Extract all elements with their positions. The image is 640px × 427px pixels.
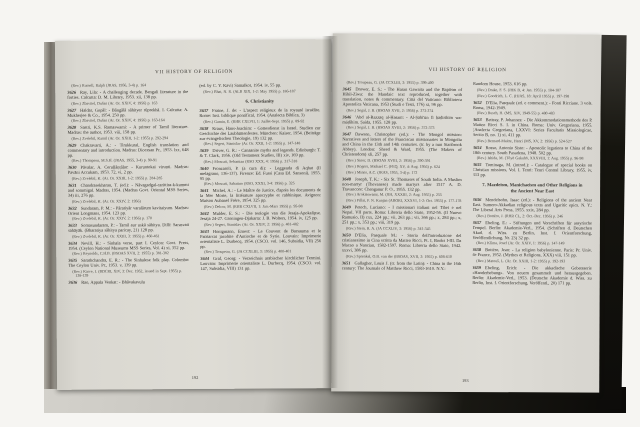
review-citation-line: (Rev.) Arokiaswami, M. (JIH, XXXIII, 2: … — [342, 193, 462, 198]
entry-number: 3652 — [473, 100, 486, 105]
text-column: (Rev.) Troupeau, G. (JA CCXLIII, 3: 1955… — [341, 80, 462, 377]
entry-number: 3639 — [200, 148, 213, 153]
entry-number: 3638 — [199, 125, 212, 130]
bibliography-entry: 3651Gallagher, Louis J. (tr. from the La… — [342, 260, 462, 271]
running-header: VII HISTORY OF RELIGION — [343, 67, 593, 73]
bibliography-entry: 3632Sundaram, P. M.: - Pāratiyār varalār… — [68, 205, 189, 216]
review-citation-line: (Rev.) Bottéro, J. (RHR CL, 2: Oct.-Dec.… — [472, 214, 592, 219]
entry-number: 3634 — [68, 240, 81, 245]
bibliography-entry: 3640Fronzaroli, P. (a cura di): - Leggen… — [200, 165, 321, 181]
entry-number: 3646 — [342, 114, 355, 119]
review-citation-line: (Rev.) Zvelebil, Kamil (Ar. Or. XXIII, 1… — [68, 136, 189, 141]
entry-number: 3631 — [68, 183, 81, 188]
entry-number: 3642 — [200, 211, 213, 216]
review-citation-line: (Rev.) Reynolds, C.H.B. (BSOAS XVII, 2: … — [68, 251, 189, 256]
review-citation-line: (Rev.) Zbavitel, Dušan (Ar. Or. XXIV, 4:… — [67, 118, 188, 123]
entry-number: 3655 — [473, 162, 486, 167]
review-citation-line: (Rev.) Karve, I. (BDCRI, XIV, 3: Dec. 19… — [68, 269, 189, 278]
review-citation-line: (Rev.) Bernard-Maitre, Henri (MS, XV, 2:… — [473, 139, 593, 144]
entry-number: 3645 — [343, 86, 356, 91]
review-citation-line: (Rev.) Ishida, M. (Tōyō Gakuhō, XXXVIII,… — [473, 156, 593, 161]
entry-number: 3644 — [200, 256, 213, 261]
review-citation-line: (Rev.) Pillai, P. N. Kunjan (ABORI, XXXV… — [342, 199, 462, 204]
entry-number: 3627 — [67, 107, 80, 112]
review-citation-line: (Rev.) Moscati, Sabatino (RSO, XXXI, 3-4… — [200, 182, 321, 187]
right-page: VII HISTORY OF RELIGION (Rev.) Troupeau,… — [331, 33, 601, 392]
review-citation-line: (Rev.) Zbavitel, Dušan (Ar. Or. XXIV, 4:… — [67, 101, 188, 106]
left-page-columns: (Rev.) Russell, Ralph (JRAS, 1956, 3-4) … — [67, 82, 323, 374]
left-page-content: VII HISTORY OF RELIGION (Rev.) Russell, … — [55, 39, 333, 390]
review-citation-line: (Rev.) Troupeau, G. (JA CCXLIII, 3: 1955… — [200, 249, 321, 254]
entry-number: 3651 — [342, 260, 355, 265]
entry-number: 3647 — [342, 132, 355, 137]
bibliography-entry: 3645Drower, E. S.: - The Haran Gawaita a… — [342, 86, 462, 107]
bibliography-entry: 3637Fraine, J. de: - L'aspect religieux … — [199, 107, 320, 118]
running-header: VII HISTORY OF RELIGION — [67, 69, 321, 76]
review-citation-line: (Rev.) Segal, J. B. (BSOAS XVIII, 2: 195… — [342, 126, 462, 131]
bibliography-entry: 3646'Abd al-Razzāq al-Ḥasanī: - Al-Ṣābi'… — [342, 114, 462, 125]
bibliography-entry: 3633Somasundaram, P.: - Tamil aur uskā s… — [68, 222, 189, 233]
entry-continuation: Random House, 1953. 616 pp. — [473, 81, 593, 87]
entry-continuation: (ed. by C. Y. Kavi) Samalkot, 1954. iv, … — [199, 82, 320, 88]
bibliography-entry: 3654Rosso, Antonio Sisto: - Apostolic le… — [473, 145, 593, 156]
entry-number: 3659 — [472, 265, 485, 270]
bibliography-entry: 3658Bottéro, Jean: - La religion babylon… — [472, 247, 592, 258]
bibliography-entry: 3650D'Elia, Pasquale M.: - Storia dell'i… — [342, 232, 462, 253]
bibliography-entry: 3635Sarathchandra, E. R.: - The Sinhales… — [68, 257, 189, 268]
bibliography-entry: 3649Petech, Luciano: - I missionari ital… — [342, 205, 462, 226]
bibliography-entry: 3629Chakravarti, A.: - Tirukkural, Engli… — [68, 142, 189, 158]
review-citation-line: (Rev.) Goodrich, L. C. (HJAS, 18: April … — [473, 94, 593, 99]
review-citation-line: (Rev.) Moscati, Sebastian (RSO XXX, 4: 1… — [200, 159, 321, 164]
page-number: 193 — [331, 377, 599, 383]
text-column: (ed. by C. Y. Kavi) Samalkot, 1954. iv, … — [199, 82, 322, 373]
scanned-book-photo: VII HISTORY OF RELIGION (Rev.) Russell, … — [0, 0, 640, 427]
bibliography-entry: 3627Haldar, Gopāl: - Bāngālā sāhityer rū… — [67, 107, 188, 118]
entry-number: 3635 — [68, 258, 81, 263]
entry-number: 3628 — [67, 125, 80, 130]
right-page-columns: (Rev.) Troupeau, G. (JA CCXLIII, 3: 1955… — [341, 80, 592, 377]
review-citation-line: (Rev.) Russell, Ralph (JRAS, 1956, 3-4) … — [67, 83, 188, 88]
review-citation-line: (Rev.) Sinor, D. (BSOAS XVIII, 2: 1956) … — [342, 158, 462, 163]
bibliography-entry: 3648Joseph, T. K.: - Six St. Thomases of… — [342, 176, 462, 192]
text-column: (Rev.) Russell, Ralph (JRAS, 1956, 3-4) … — [67, 83, 190, 374]
bibliography-entry: 3656Mendelsohn, Isaac (ed.): - Religions… — [473, 197, 593, 213]
entry-number: 3637 — [199, 108, 212, 113]
entry-number: 3626 — [67, 90, 80, 95]
bibliography-entry: 3659Ebeling, Erich: - Die akkadische Geb… — [472, 265, 592, 286]
entry-number: 3657 — [472, 220, 485, 225]
entry-number: 3643 — [200, 228, 213, 233]
entry-number: 3632 — [68, 205, 81, 210]
entry-number: 3649 — [342, 205, 355, 210]
review-citation-line: (Rev.) Segal, J. B. (BSOAS XVII, 2: 1956… — [342, 108, 462, 113]
bibliography-entry: 3626Ray, Lila: - A challenging decade. B… — [67, 89, 188, 100]
review-citation-line: (Rev.) Zvelebil, K. (Ar. Or. XXIII, 3: 1… — [68, 234, 189, 239]
review-citation-line: (Rev.) Gamin, E. (RHR CXLVII, 1: Juillet… — [199, 119, 320, 124]
review-citation-line: (Rev.) Klíma, Josef (Ar. Or. XXIV, 1: 19… — [472, 241, 592, 246]
review-citation-line: (Rev.) Segert, Stanislav (Ar. Or. XXIV, … — [200, 222, 321, 227]
bibliography-entry: 3639Driver, G. R.: - Canaanite myths and… — [200, 147, 321, 158]
bibliography-entry: 3655Tominaga, M. (introd.): - Catalogue … — [473, 162, 593, 178]
bibliography-entry: 3652D'Elia, Pasquale (ed. e comment.): -… — [473, 100, 593, 111]
review-citation-line: (Rev.) Drake, F. S. (JHK B, 4: Jan. 1955… — [473, 88, 593, 93]
section-heading: 6. Christianity — [207, 98, 312, 104]
bibliography-entry: 3657Ebeling, E.: - Stiftungen und Vorsch… — [472, 220, 592, 241]
entry-number: 3630 — [68, 165, 81, 170]
review-citation-line: (Rev.) Zvelebil, K. (Ar. Or. XXIV, 2: 19… — [68, 216, 189, 221]
review-citation-line: (Rev.) Zvelebil, K. (Ar. Or. XXIV, 2: 19… — [68, 199, 189, 204]
entry-number: 3654 — [473, 145, 486, 150]
section-heading: 7. Mazdeism, Manichaeism and Other Relig… — [481, 182, 585, 193]
review-citation-line: (Rev.) Matouš, L. (Ar. Or. XXIII, 1-2: 1… — [472, 259, 592, 264]
bibliography-entry: 3628Sastri, K.S. Ramaswami: - A primer o… — [67, 124, 188, 135]
entry-number: 3658 — [472, 247, 485, 252]
bibliography-entry: 3644Graf, Georg: - Verzeichnis arabische… — [200, 255, 321, 271]
bibliography-entry: 3641Michel, A.: - Le Maître de Justice, … — [200, 188, 321, 204]
bibliography-entry: 3631Chandrasekharan, T. (ed.): - Nāvagad… — [68, 182, 189, 198]
entry-number: 3629 — [68, 142, 81, 147]
bibliography-entry: 3653Bettray, P. Johannes: - Die Akkommod… — [473, 117, 593, 138]
left-page: VII HISTORY OF RELIGION (Rev.) Russell, … — [55, 39, 333, 390]
review-citation-line: (Rev.) Bhat, N. R. (ALB XIX, 1-2: May 19… — [199, 89, 320, 94]
bibliography-entry: 3636Rao, Appala Venkat: - Bhāvakavulu — [68, 279, 189, 285]
bibliography-entry: 3647Dawson, Christopher (ed.): - The Mon… — [342, 132, 462, 158]
book-page-edges-right — [596, 35, 626, 409]
review-citation-line: (Rev.) Troupeau, G. (JA CCXLIII, 3: 1955… — [343, 80, 463, 85]
entry-number: 3640 — [200, 166, 213, 171]
entry-number: 3648 — [342, 176, 355, 181]
review-citation-line: (Rev.) Rogers, Michael C. (FEQ, XV, 4: A… — [342, 164, 462, 169]
review-citation-line: (Rev.) Busch, H. (MS, XIV, 1949-55) p. 4… — [473, 111, 593, 116]
bibliography-entry: 3643Honigmann, Ernest: - Le Couvent de B… — [200, 228, 321, 249]
review-citation-line: (Rev.) Segert, Stanislav (Ar. Or. XXII, … — [200, 141, 321, 146]
entry-number: 3636 — [68, 280, 81, 285]
entry-number: 3653 — [473, 117, 486, 122]
bibliography-entry: 3634Nevill, H.: - Sinhala verse, part I.… — [68, 240, 189, 251]
bibliography-entry: 3638Kraus, Hans-Joachim: - Gottesdienst … — [199, 125, 320, 141]
entry-number: 3650 — [342, 232, 355, 237]
review-citation-line: (Rev.) Delcor, M. (RHR CXLVII, 1: Jan.-M… — [200, 204, 321, 209]
review-citation-line: (Rev.) Sprenkel, O.B. van der (BSOAS, XV… — [342, 254, 462, 259]
review-citation-line: (Rev.) Thompson, M.S.H. (JRAS, 1955, 3-4… — [68, 158, 189, 163]
review-citation-line: (Rev.) Zvelebil, K. (Ar. Or. XXIII, 1-2:… — [68, 176, 189, 181]
entry-number: 3656 — [473, 197, 486, 202]
review-citation-line: (Rev.) Minns, A.C. (JRAS, 1955, 3-4) p. … — [342, 170, 462, 175]
entry-number: 3633 — [68, 223, 81, 228]
bibliography-entry: 3630Pāvalar, A. Ceruḷḷāṇṭāḷar: - Kurunto… — [68, 164, 189, 175]
text-column: Random House, 1953. 616 pp.(Rev.) Drake,… — [472, 81, 593, 378]
right-page-content: VII HISTORY OF RELIGION (Rev.) Troupeau,… — [331, 33, 601, 392]
bibliography-entry: 3642Mulder, E. S.: - Die teologie van di… — [200, 210, 321, 221]
review-citation-line: (Rev.) Stein, R. A. (JA CCXLIV, 3: 1956)… — [342, 226, 462, 231]
page-number: 192 — [57, 374, 333, 381]
entry-number: 3641 — [200, 188, 213, 193]
